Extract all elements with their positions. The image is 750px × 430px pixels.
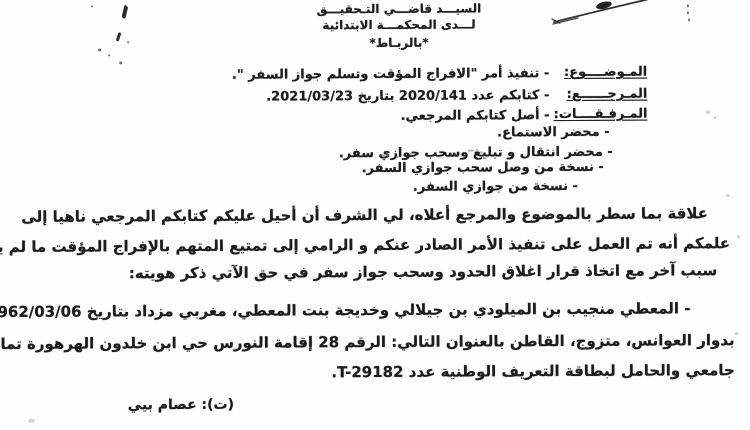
attachment-item: - محضر الاستماع. [497, 125, 609, 141]
pen-scribble-icon [551, 0, 657, 27]
attachment-item: - محضر انتقال و تبليغ وسحب جوازي سفر. [339, 145, 613, 161]
letterhead-court-name: لـــدى المحكمـــة الابتدائية [289, 16, 509, 33]
reference-value: - كتابكم عدد 2020/141 بتاريخ 2021/03/23. [266, 88, 549, 104]
scan-smudge [713, 116, 716, 119]
ink-speck [91, 5, 93, 7]
ink-speck [98, 48, 101, 51]
ink-speck [108, 54, 110, 56]
letterhead-city: *بالربـاط* [289, 34, 509, 51]
scan-smudge [737, 235, 740, 238]
scan-smudge [28, 419, 35, 423]
attachment-item: - نسخة من جوازي السفر. [413, 179, 578, 195]
subject-label: المـوضــــوع: [564, 65, 647, 80]
subject-value: - تنفيذ أمر "الافراج المؤقت وتسلم جواز ا… [232, 66, 549, 83]
scan-dash [468, 149, 474, 151]
ink-speck [687, 4, 689, 7]
body-paragraph-line: سبب آخر مع اتخاذ قرار اغلاق الحدود وسحب … [129, 261, 718, 282]
scan-dash [480, 151, 483, 153]
ink-speck [119, 61, 122, 64]
scan-smudge [705, 110, 710, 114]
body-paragraph-line: علمكم أنه تم العمل على تنفيذ الأمر الصاد… [0, 234, 730, 256]
signature-line: (ت): عصام بيي [128, 397, 234, 414]
reference-label: المـرجــــــع: [567, 87, 648, 102]
scan-content: السيـــد قاضـــي التـحقيـــق لـــدى المح… [0, 0, 750, 430]
letterhead-court-officer: السيـــد قاضـــي التـحقيـــق [289, 0, 509, 17]
identity-line: بدوار العوانس، متزوج، القاطن بالعنوان ال… [0, 331, 735, 353]
ink-speck [127, 41, 129, 43]
body-paragraph-line: علاقة بما سطر بالموضوع والمرجع أعلاه، لي… [21, 204, 708, 226]
ink-speck [687, 11, 689, 14]
scan-dash [381, 154, 390, 156]
scan-smudge [735, 332, 739, 335]
attachments-value-1: - أصل كتابكم المرجعي. [401, 108, 550, 124]
ink-speck [116, 32, 122, 41]
scanned-court-letter: السيـــد قاضـــي التـحقيـــق لـــدى المح… [0, 0, 750, 430]
scan-smudge [726, 194, 730, 197]
identity-line: - المعطي منجيب بن الميلودي بن جيلالي وخد… [0, 299, 691, 321]
attachment-item: - نسخة من وصل سحب جوازي السفر. [362, 160, 604, 176]
scan-dash [410, 153, 413, 155]
attachments-label: المـرفـقــــات: [554, 107, 648, 122]
letterhead: السيـــد قاضـــي التـحقيـــق لـــدى المح… [289, 0, 509, 51]
ink-speck [688, 18, 690, 21]
identity-line: جامعي والحامل لبطاقة التعريف الوطنية عدد… [331, 361, 735, 381]
ink-speck [121, 5, 128, 19]
scan-dash [396, 156, 400, 158]
